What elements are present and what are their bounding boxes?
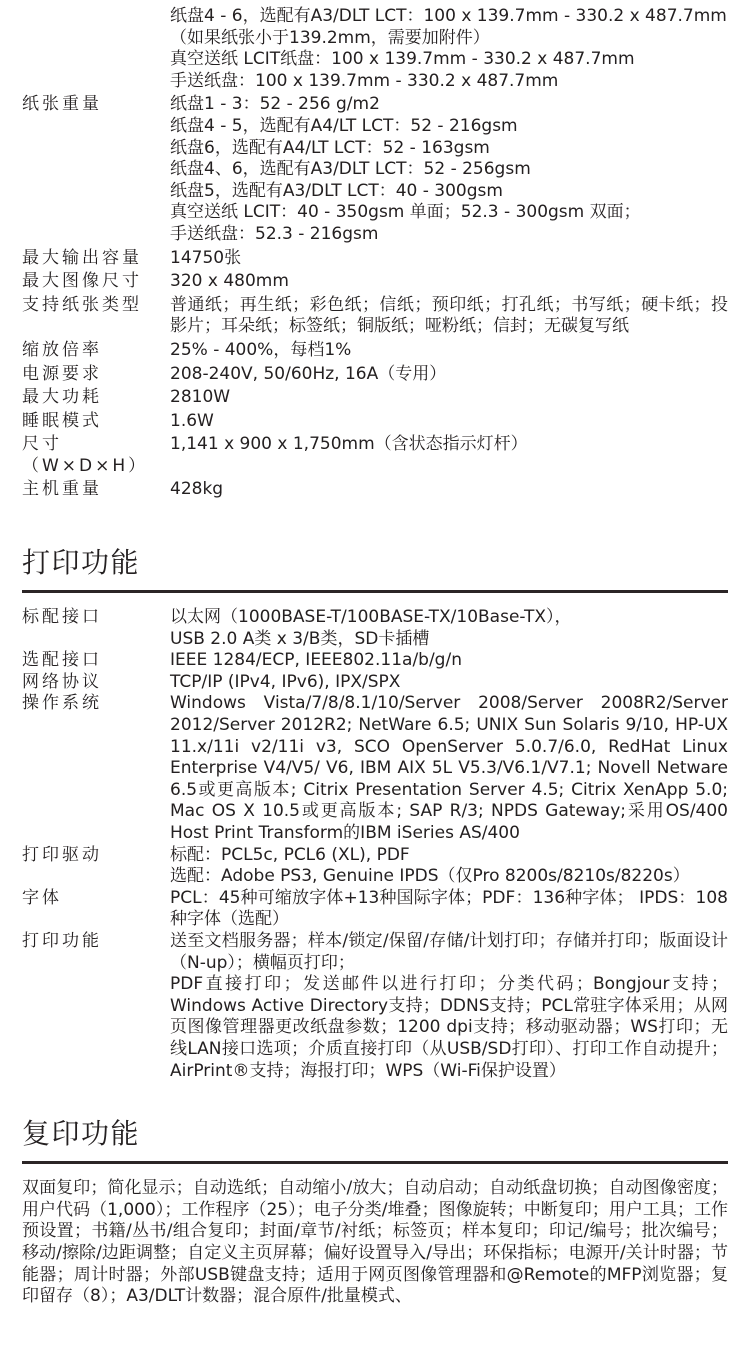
spec-row-dimensions: 尺寸（W×D×H） 1,141 x 900 x 1,750mm（含状态指示灯杆）	[22, 434, 728, 477]
spec-label: 字体	[22, 888, 170, 910]
spec-label: 网络协议	[22, 672, 170, 694]
print-spec-table: 标配接口 以太网（1000BASE-T/100BASE-TX/10Base-TX…	[22, 607, 728, 1082]
spec-row-network-protocol: 网络协议 TCP/IP (IPv4, IPv6), IPX/SPX	[22, 672, 728, 694]
spec-label: 打印功能	[22, 931, 170, 953]
spec-row-sleep-mode: 睡眠模式 1.6W	[22, 411, 728, 433]
spec-value: 标配：PCL5c, PCL6 (XL), PDF 选配：Adobe PS3, G…	[170, 845, 728, 888]
copy-section-title: 复印功能	[22, 1116, 728, 1152]
spec-label: 标配接口	[22, 607, 170, 629]
spec-label: 支持纸张类型	[22, 295, 170, 317]
spec-value: IEEE 1284/ECP, IEEE802.11a/b/g/n	[170, 650, 728, 672]
spec-row-zoom-ratio: 缩放倍率 25% - 400%，每档1%	[22, 340, 728, 362]
section-divider	[22, 590, 728, 593]
general-spec-table: 纸盘4 - 6，选配有A3/DLT LCT：100 x 139.7mm - 33…	[22, 6, 728, 501]
spec-row-optional-interface: 选配接口 IEEE 1284/ECP, IEEE802.11a/b/g/n	[22, 650, 728, 672]
spec-value: 以太网（1000BASE-T/100BASE-TX/10Base-TX）， US…	[170, 607, 728, 650]
spec-value: 208-240V, 50/60Hz, 16A（专用）	[170, 364, 728, 386]
spec-value: 普通纸；再生纸；彩色纸；信纸；预印纸；打孔纸；书写纸；硬卡纸；投影片；耳朵纸；标…	[170, 295, 728, 338]
print-section: 打印功能 标配接口 以太网（1000BASE-T/100BASE-TX/10Ba…	[22, 545, 728, 1082]
spec-value: 2810W	[170, 387, 728, 409]
spec-row-max-power-consumption: 最大功耗 2810W	[22, 387, 728, 409]
spec-label: 最大输出容量	[22, 248, 170, 270]
spec-label: 缩放倍率	[22, 340, 170, 362]
print-section-title: 打印功能	[22, 545, 728, 581]
spec-sheet-page: 纸盘4 - 6，选配有A3/DLT LCT：100 x 139.7mm - 33…	[0, 0, 750, 1308]
spec-row-paper-weight: 纸张重量 纸盘1 - 3：52 - 256 g/m2 纸盘4 - 5，选配有A4…	[22, 94, 728, 245]
spec-value: 纸盘4 - 6，选配有A3/DLT LCT：100 x 139.7mm - 33…	[170, 6, 728, 92]
spec-row-standard-interface: 标配接口 以太网（1000BASE-T/100BASE-TX/10Base-TX…	[22, 607, 728, 650]
spec-value: 14750张	[170, 248, 728, 270]
spec-label: 最大图像尺寸	[22, 271, 170, 293]
section-divider	[22, 1161, 728, 1164]
spec-row-print-drivers: 打印驱动 标配：PCL5c, PCL6 (XL), PDF 选配：Adobe P…	[22, 845, 728, 888]
print-features-paragraph-1: 送至文档服务器；样本/锁定/保留/存储/计划打印；存储并打印；版面设计（N-up…	[170, 931, 728, 974]
spec-label: 主机重量	[22, 479, 170, 501]
spec-value: 320 x 480mm	[170, 271, 728, 293]
spec-row-fonts: 字体 PCL：45种可缩放字体+13种国际字体；PDF：136种字体； IPDS…	[22, 888, 728, 931]
copy-features-text: 双面复印；简化显示；自动选纸；自动缩小/放大；自动启动；自动纸盘切换；自动图像密…	[22, 1178, 728, 1308]
spec-value: TCP/IP (IPv4, IPv6), IPX/SPX	[170, 672, 728, 694]
spec-value: 1,141 x 900 x 1,750mm（含状态指示灯杆）	[170, 434, 728, 456]
spec-value: 25% - 400%，每档1%	[170, 340, 728, 362]
spec-value: PCL：45种可缩放字体+13种国际字体；PDF：136种字体； IPDS：10…	[170, 888, 728, 931]
spec-label: 睡眠模式	[22, 411, 170, 433]
spec-label: 操作系统	[22, 693, 170, 715]
spec-row-supported-paper-types: 支持纸张类型 普通纸；再生纸；彩色纸；信纸；预印纸；打孔纸；书写纸；硬卡纸；投影…	[22, 295, 728, 338]
spec-value: 送至文档服务器；样本/锁定/保留/存储/计划打印；存储并打印；版面设计（N-up…	[170, 931, 728, 1082]
spec-label: 尺寸（W×D×H）	[22, 434, 170, 477]
print-features-paragraph-2: PDF直接打印；发送邮件以进行打印；分类代码；Bongjour支持；Window…	[170, 974, 728, 1082]
spec-row-power-requirements: 电源要求 208-240V, 50/60Hz, 16A（专用）	[22, 364, 728, 386]
spec-label: 最大功耗	[22, 387, 170, 409]
spec-label: 打印驱动	[22, 845, 170, 867]
spec-row-max-output-capacity: 最大输出容量 14750张	[22, 248, 728, 270]
spec-label: 纸张重量	[22, 94, 170, 116]
spec-label: 电源要求	[22, 364, 170, 386]
copy-section: 复印功能 双面复印；简化显示；自动选纸；自动缩小/放大；自动启动；自动纸盘切换；…	[22, 1116, 728, 1308]
spec-value: 428kg	[170, 479, 728, 501]
spec-row-max-image-size: 最大图像尺寸 320 x 480mm	[22, 271, 728, 293]
spec-row-operating-systems: 操作系统 Windows Vista/7/8/8.1/10/Server 200…	[22, 693, 728, 844]
spec-value: 纸盘1 - 3：52 - 256 g/m2 纸盘4 - 5，选配有A4/LT L…	[170, 94, 728, 245]
spec-value: 1.6W	[170, 411, 728, 433]
spec-label: 选配接口	[22, 650, 170, 672]
spec-value: Windows Vista/7/8/8.1/10/Server 2008/Ser…	[170, 693, 728, 844]
spec-row-print-features: 打印功能 送至文档服务器；样本/锁定/保留/存储/计划打印；存储并打印；版面设计…	[22, 931, 728, 1082]
spec-row-mainframe-weight: 主机重量 428kg	[22, 479, 728, 501]
spec-row-paper-size-continued: 纸盘4 - 6，选配有A3/DLT LCT：100 x 139.7mm - 33…	[22, 6, 728, 92]
